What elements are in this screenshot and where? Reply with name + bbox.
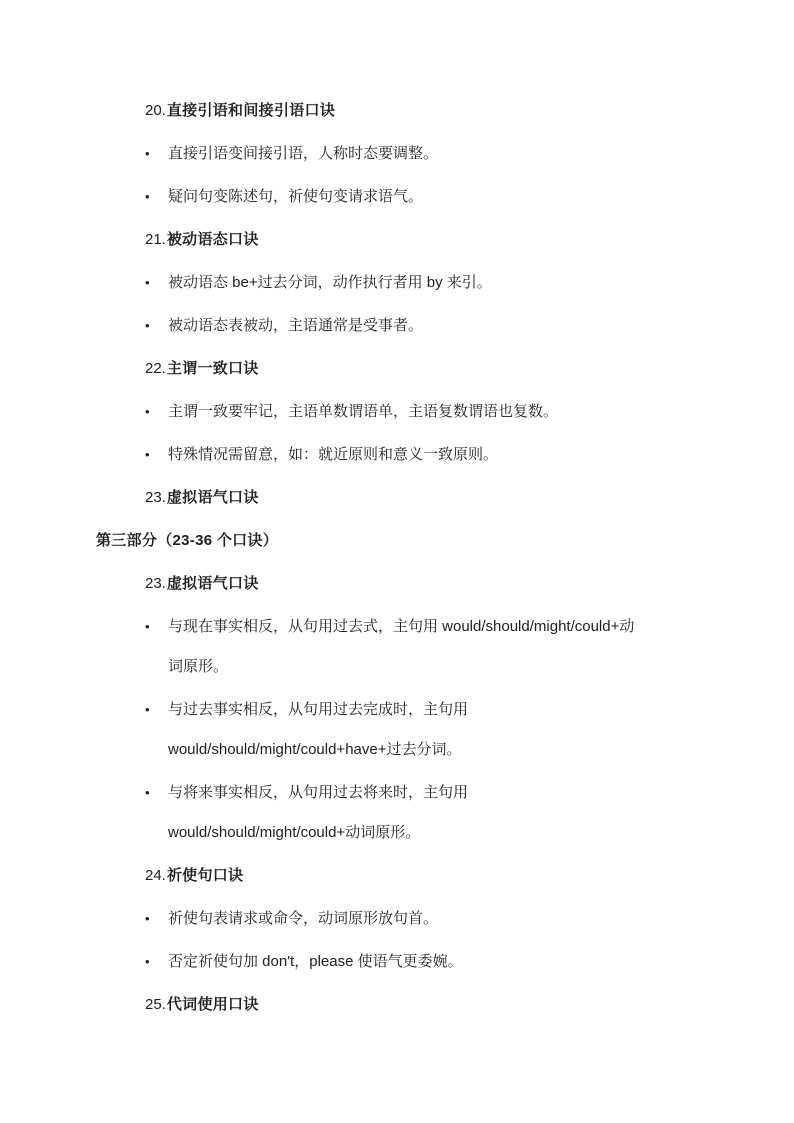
heading-number: 22.: [145, 360, 166, 377]
bullet: •直接引语变间接引语，人称时态要调整。: [0, 134, 794, 174]
bullet-line: 被动语态表被动，主语通常是受事者。: [168, 306, 794, 346]
numbered-heading: 24.祈使句口诀: [0, 856, 794, 896]
bullet-icon: •: [145, 435, 160, 475]
bullet: •被动语态表被动，主语通常是受事者。: [0, 306, 794, 346]
bullet-icon: •: [145, 392, 160, 432]
heading-title: 直接引语和间接引语口诀: [167, 102, 335, 119]
bullet-line: would/should/might/could+have+过去分词。: [168, 730, 794, 770]
heading-title: 虚拟语气口诀: [167, 575, 259, 592]
heading-number: 23.: [145, 489, 166, 506]
bullet-line: 与将来事实相反，从句用过去将来时，主句用: [168, 773, 794, 813]
heading-number: 21.: [145, 231, 166, 248]
numbered-heading: 23.虚拟语气口诀: [0, 478, 794, 518]
bullet-line: 疑问句变陈述句，祈使句变请求语气。: [168, 177, 794, 217]
bullet: •否定祈使句加 don't，please 使语气更委婉。: [0, 942, 794, 982]
document-page: 20.直接引语和间接引语口诀•直接引语变间接引语，人称时态要调整。•疑问句变陈述…: [0, 0, 794, 1123]
bullet-line: 与现在事实相反，从句用过去式，主句用 would/should/might/co…: [168, 607, 794, 647]
section-heading: 第三部分（23-36 个口诀）: [0, 521, 794, 561]
bullet: •特殊情况需留意，如：就近原则和意义一致原则。: [0, 435, 794, 475]
bullet-icon: •: [145, 134, 160, 174]
bullet-line: 与过去事实相反，从句用过去完成时，主句用: [168, 690, 794, 730]
bullet: •祈使句表请求或命令，动词原形放句首。: [0, 899, 794, 939]
bullet-icon: •: [145, 177, 160, 217]
bullet-icon: •: [145, 263, 160, 303]
heading-number: 24.: [145, 867, 166, 884]
heading-title: 被动语态口诀: [167, 231, 259, 248]
bullet-icon: •: [145, 773, 160, 813]
bullet-line: would/should/might/could+动词原形。: [168, 813, 794, 853]
heading-title: 主谓一致口诀: [167, 360, 259, 377]
bullet-icon: •: [145, 942, 160, 982]
bullet-icon: •: [145, 306, 160, 346]
numbered-heading: 25.代词使用口诀: [0, 985, 794, 1025]
bullet: •与现在事实相反，从句用过去式，主句用 would/should/might/c…: [0, 607, 794, 687]
bullet-line: 否定祈使句加 don't，please 使语气更委婉。: [168, 942, 794, 982]
bullet-line: 词原形。: [168, 647, 794, 687]
bullet: •被动语态 be+过去分词，动作执行者用 by 来引。: [0, 263, 794, 303]
numbered-heading: 20.直接引语和间接引语口诀: [0, 91, 794, 131]
bullet-line: 主谓一致要牢记，主语单数谓语单，主语复数谓语也复数。: [168, 392, 794, 432]
bullet: •疑问句变陈述句，祈使句变请求语气。: [0, 177, 794, 217]
heading-title: 虚拟语气口诀: [167, 489, 259, 506]
heading-title: 代词使用口诀: [167, 996, 259, 1013]
numbered-heading: 22.主谓一致口诀: [0, 349, 794, 389]
bullet-icon: •: [145, 899, 160, 939]
bullet: •与将来事实相反，从句用过去将来时，主句用would/should/might/…: [0, 773, 794, 853]
heading-number: 20.: [145, 102, 166, 119]
bullet-line: 被动语态 be+过去分词，动作执行者用 by 来引。: [168, 263, 794, 303]
bullet-icon: •: [145, 607, 160, 647]
bullet-line: 特殊情况需留意，如：就近原则和意义一致原则。: [168, 435, 794, 475]
numbered-heading: 23.虚拟语气口诀: [0, 564, 794, 604]
bullet-line: 祈使句表请求或命令，动词原形放句首。: [168, 899, 794, 939]
bullet: •与过去事实相反，从句用过去完成时，主句用would/should/might/…: [0, 690, 794, 770]
section-heading-title: 第三部分（23-36 个口诀）: [96, 532, 278, 549]
document-body: 20.直接引语和间接引语口诀•直接引语变间接引语，人称时态要调整。•疑问句变陈述…: [0, 0, 794, 1028]
bullet-icon: •: [145, 690, 160, 730]
bullet-line: 直接引语变间接引语，人称时态要调整。: [168, 134, 794, 174]
numbered-heading: 21.被动语态口诀: [0, 220, 794, 260]
heading-title: 祈使句口诀: [167, 867, 244, 884]
bullet: •主谓一致要牢记，主语单数谓语单，主语复数谓语也复数。: [0, 392, 794, 432]
heading-number: 23.: [145, 575, 166, 592]
heading-number: 25.: [145, 996, 166, 1013]
